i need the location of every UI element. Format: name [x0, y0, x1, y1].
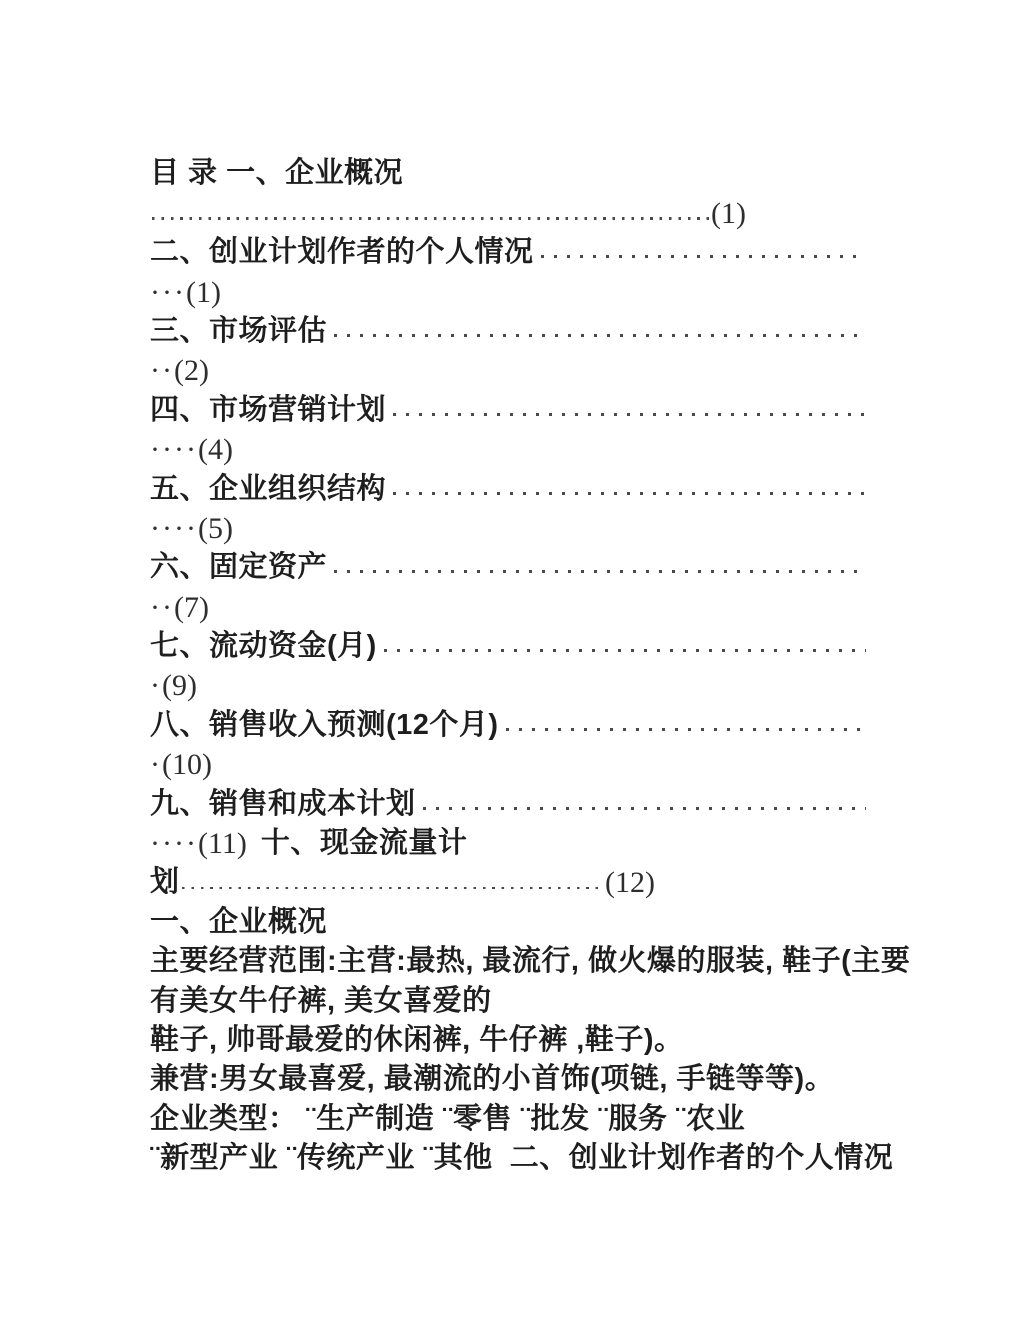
toc-heading-line: 目 录 一、企业概况: [150, 152, 868, 191]
toc-entry: 六、固定资产: [150, 546, 868, 585]
toc-entry-wrap-line: 划 (12): [150, 861, 655, 900]
dot-leader: [180, 861, 606, 900]
body-paragraph-line: 有美女牛仔裤, 美女喜爱的: [150, 979, 868, 1018]
toc-page-number: (7): [174, 591, 209, 625]
leader-dots: ···: [150, 276, 186, 310]
toc-entry-text: 三、市场评估: [150, 313, 327, 349]
leader-dots: ····: [150, 433, 198, 467]
toc-entry: 二、创业计划作者的个人情况: [150, 231, 868, 270]
dot-leader: [534, 231, 868, 270]
body-text: ¨新型产业 ¨传统产业 ¨其他 二、创业计划作者的个人情况: [150, 1140, 893, 1176]
body-paragraph-line: ¨新型产业 ¨传统产业 ¨其他 二、创业计划作者的个人情况: [150, 1137, 868, 1176]
dot-leader: [377, 625, 868, 664]
leader-dots: ·: [150, 748, 162, 782]
toc-page-number-line: ···· (4): [150, 428, 868, 467]
toc-page-number-line: ··· (1): [150, 270, 868, 309]
body-text: 鞋子, 帅哥最爱的休闲裤, 牛仔裤 ,鞋子)。: [150, 1022, 684, 1058]
toc-entry-text: 划: [150, 864, 180, 900]
toc-entry: 四、市场营销计划: [150, 388, 868, 427]
dot-leader: [386, 388, 868, 427]
leader-dots: ··: [150, 354, 174, 388]
document-content: 目 录 一、企业概况 (1) 二、创业计划作者的个人情况 ··· (1) 三、市…: [150, 152, 868, 1176]
toc-page-number: (1): [711, 197, 746, 231]
leader-dots: ····: [150, 827, 198, 861]
toc-entry-text: 四、市场营销计划: [150, 392, 386, 428]
toc-entry-text: 十、现金流量计: [261, 825, 468, 861]
leader-dots: ··: [150, 591, 174, 625]
section-heading: 一、企业概况: [150, 900, 868, 939]
toc-entry: 七、流动资金(月): [150, 625, 868, 664]
body-text: 主要经营范围:主营:最热, 最流行, 做火爆的服装, 鞋子(主要: [150, 943, 910, 979]
document-page: 目 录 一、企业概况 (1) 二、创业计划作者的个人情况 ··· (1) 三、市…: [0, 0, 1020, 1320]
body-paragraph-line: 企业类型： ¨生产制造 ¨零售 ¨批发 ¨服务 ¨农业: [150, 1097, 868, 1136]
dot-leader: [499, 703, 868, 742]
toc-entry: 五、企业组织结构: [150, 467, 868, 506]
toc-entry: 九、销售和成本计划: [150, 782, 868, 821]
toc-page-number: (12): [605, 866, 655, 900]
body-text: 兼营:男女最喜爱, 最潮流的小首饰(项链, 手链等等)。: [150, 1061, 834, 1097]
toc-page-number: (2): [174, 354, 209, 388]
toc-page-number: (9): [162, 669, 197, 703]
section-heading-text: 一、企业概况: [150, 904, 327, 940]
body-paragraph-line: 兼营:男女最喜爱, 最潮流的小首饰(项链, 手链等等)。: [150, 1058, 868, 1097]
toc-page-number: (5): [198, 512, 233, 546]
toc-page-number-line: · (9): [150, 664, 868, 703]
dot-leader: [386, 467, 868, 506]
dot-leader: [416, 782, 868, 821]
toc-page-number: (11): [198, 827, 247, 861]
toc-entry: 三、市场评估: [150, 310, 868, 349]
body-text: 企业类型： ¨生产制造 ¨零售 ¨批发 ¨服务 ¨农业: [150, 1101, 745, 1137]
toc-page-number-line: ·· (2): [150, 349, 868, 388]
leader-dots: ····: [150, 512, 198, 546]
toc-entry-text: 五、企业组织结构: [150, 471, 386, 507]
toc-entry-text: 九、销售和成本计划: [150, 786, 416, 822]
toc-entry-text: 八、销售收入预测(12个月): [150, 707, 499, 743]
toc-page-number: (1): [186, 276, 221, 310]
dot-leader: [327, 310, 868, 349]
toc-page-number-line: ···· (5): [150, 507, 868, 546]
toc-entry-text: 七、流动资金(月): [150, 628, 377, 664]
toc-entry-text: 六、固定资产: [150, 549, 327, 585]
toc-heading-text: 目 录 一、企业概况: [150, 155, 403, 191]
toc-page-number: (4): [198, 433, 233, 467]
body-paragraph-line: 鞋子, 帅哥最爱的休闲裤, 牛仔裤 ,鞋子)。: [150, 1019, 868, 1058]
toc-page-number-line: ·· (7): [150, 585, 868, 624]
toc-entry: 八、销售收入预测(12个月): [150, 703, 868, 742]
body-text: 有美女牛仔裤, 美女喜爱的: [150, 983, 492, 1019]
toc-entry-text: 二、创业计划作者的个人情况: [150, 234, 534, 270]
dot-leader: [150, 191, 711, 230]
toc-page-number: (10): [162, 748, 212, 782]
toc-page-number-line: (1): [150, 191, 746, 230]
leader-dots: ·: [150, 669, 162, 703]
body-paragraph-line: 主要经营范围:主营:最热, 最流行, 做火爆的服装, 鞋子(主要: [150, 940, 868, 979]
toc-page-number-line: · (10): [150, 743, 868, 782]
toc-mixed-line: ···· (11) 十、现金流量计: [150, 822, 868, 861]
dot-leader: [327, 546, 868, 585]
